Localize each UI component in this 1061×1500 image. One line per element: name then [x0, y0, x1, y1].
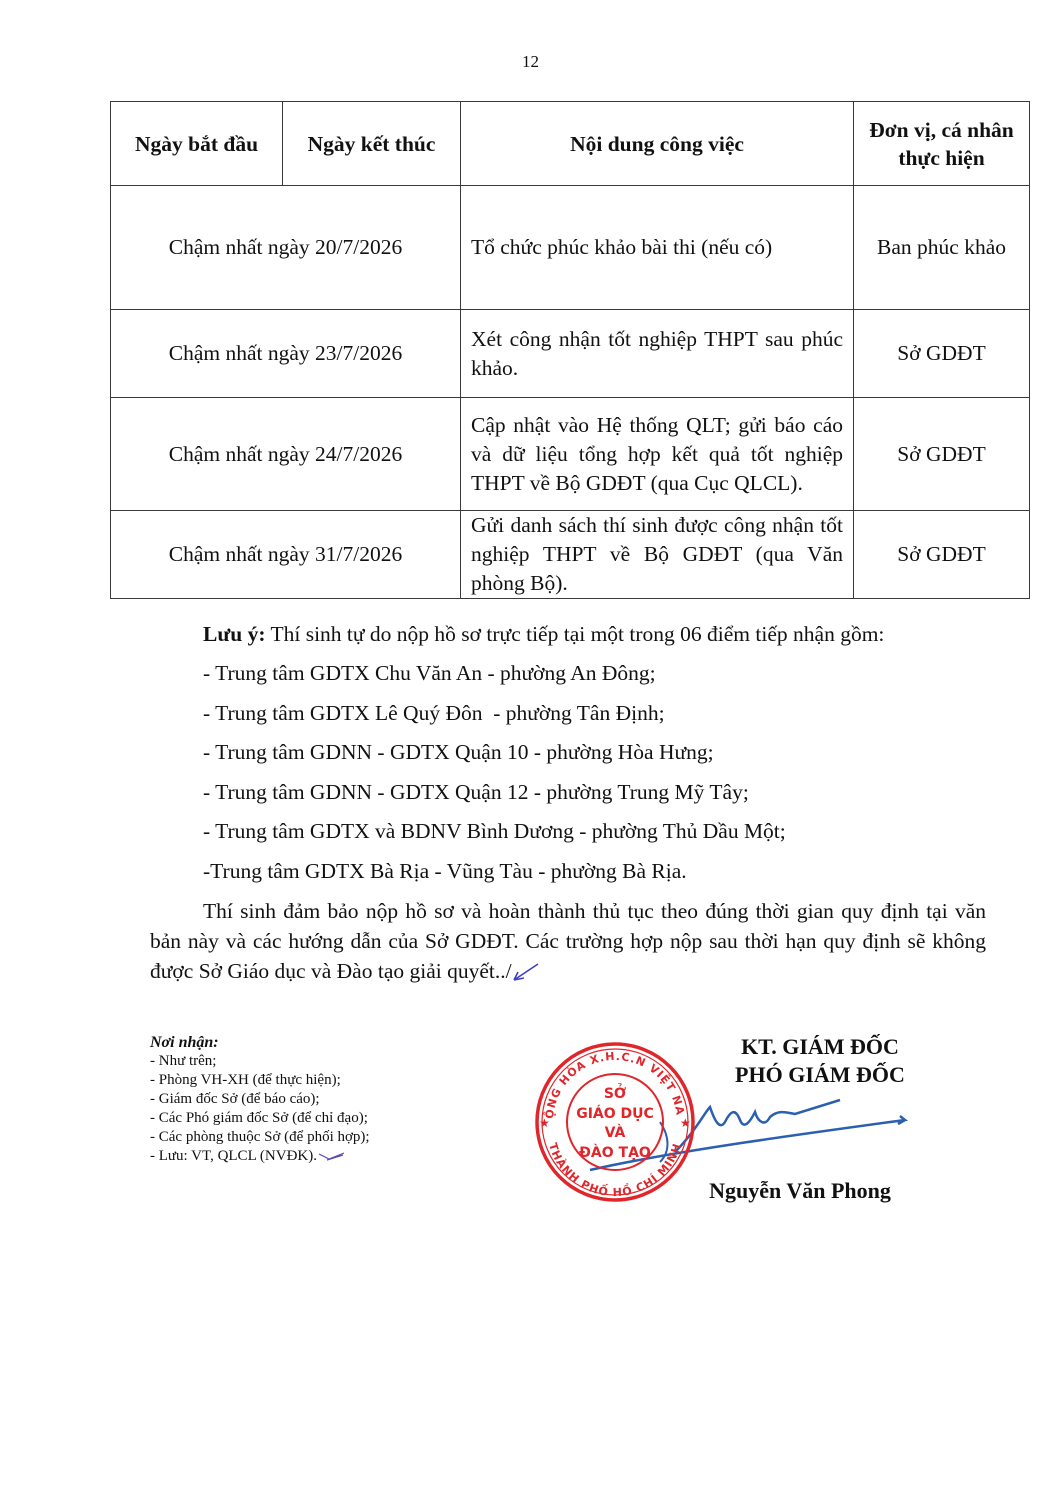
row-content: Cập nhật vào Hệ thống QLT; gửi báo cáo v… [461, 398, 854, 511]
stamp-line: SỞ [604, 1083, 626, 1102]
header-end-date: Ngày kết thúc [283, 102, 461, 186]
signer-name: Nguyễn Văn Phong [650, 1178, 950, 1204]
note-text: Thí sinh tự do nộp hồ sơ trực tiếp tại m… [265, 622, 884, 646]
stamp-line: ĐÀO TẠO [579, 1144, 651, 1161]
svg-text:★: ★ [539, 1116, 550, 1130]
signature-block: KT. GIÁM ĐỐC PHÓ GIÁM ĐỐC CỘNG HÒA X.H.C… [520, 1012, 990, 1212]
recipients-title: Nơi nhận: [150, 1033, 370, 1052]
table-row: Chậm nhất ngày 31/7/2026 Gửi danh sách t… [111, 511, 1030, 599]
table-header-row: Ngày bắt đầu Ngày kết thúc Nội dung công… [111, 102, 1030, 186]
recipient-item: - Giám đốc Sở (để báo cáo); [150, 1090, 370, 1109]
row-date: Chậm nhất ngày 24/7/2026 [111, 398, 461, 511]
svg-text:★: ★ [680, 1116, 691, 1130]
row-content: Tổ chức phúc khảo bài thi (nếu có) [461, 186, 854, 310]
row-unit: Sở GDĐT [854, 511, 1030, 599]
row-unit: Sở GDĐT [854, 398, 1030, 511]
row-content: Xét công nhận tốt nghiệp THPT sau phúc k… [461, 310, 854, 398]
stamp-line: VÀ [605, 1124, 626, 1141]
location-item: - Trung tâm GDTX Chu Văn An - phường An … [203, 661, 656, 686]
recipient-item: - Như trên; [150, 1052, 370, 1071]
recipient-item-last: - Lưu: VT, QLCL (NVĐK). [150, 1147, 370, 1166]
row-unit: Sở GDĐT [854, 310, 1030, 398]
note-label: Lưu ý: [203, 622, 265, 646]
header-content: Nội dung công việc [461, 102, 854, 186]
stamp-line: GIÁO DỤC [576, 1105, 654, 1122]
table-row: Chậm nhất ngày 23/7/2026 Xét công nhận t… [111, 310, 1030, 398]
row-date: Chậm nhất ngày 31/7/2026 [111, 511, 461, 599]
location-item: - Trung tâm GDNN - GDTX Quận 10 - phường… [203, 740, 714, 765]
header-unit: Đơn vị, cá nhân thực hiện [854, 102, 1030, 186]
row-date: Chậm nhất ngày 23/7/2026 [111, 310, 461, 398]
closing-text: Thí sinh đảm bảo nộp hồ sơ và hoàn thành… [150, 899, 986, 983]
page-number: 12 [0, 52, 1061, 72]
schedule-table: Ngày bắt đầu Ngày kết thúc Nội dung công… [110, 101, 1030, 599]
initial-tick-icon [512, 960, 542, 982]
recipient-item: - Các phòng thuộc Sở (để phối hợp); [150, 1128, 370, 1147]
location-item: - Trung tâm GDTX Lê Quý Đôn - phường Tân… [203, 701, 665, 726]
note-intro: Lưu ý: Thí sinh tự do nộp hồ sơ trực tiế… [203, 622, 884, 647]
recipient-item: - Các Phó giám đốc Sở (để chỉ đạo); [150, 1109, 370, 1128]
location-item: - Trung tâm GDTX và BDNV Bình Dương - ph… [203, 819, 786, 844]
location-item: - Trung tâm GDNN - GDTX Quận 12 - phường… [203, 780, 749, 805]
row-content: Gửi danh sách thí sinh được công nhận tố… [461, 511, 854, 599]
location-item: -Trung tâm GDTX Bà Rịa - Vũng Tàu - phườ… [203, 859, 687, 884]
recipient-item: - Phòng VH-XH (để thực hiện); [150, 1071, 370, 1090]
header-start-date: Ngày bắt đầu [111, 102, 283, 186]
recipients-block: Nơi nhận: - Như trên; - Phòng VH-XH (để … [150, 1033, 370, 1166]
closing-paragraph: Thí sinh đảm bảo nộp hồ sơ và hoàn thành… [150, 896, 986, 986]
table-row: Chậm nhất ngày 20/7/2026 Tổ chức phúc kh… [111, 186, 1030, 310]
row-unit: Ban phúc khảo [854, 186, 1030, 310]
initial-mark-icon [317, 1150, 347, 1162]
table-row: Chậm nhất ngày 24/7/2026 Cập nhật vào Hệ… [111, 398, 1030, 511]
row-date: Chậm nhất ngày 20/7/2026 [111, 186, 461, 310]
recipient-item: - Lưu: VT, QLCL (NVĐK). [150, 1148, 317, 1164]
